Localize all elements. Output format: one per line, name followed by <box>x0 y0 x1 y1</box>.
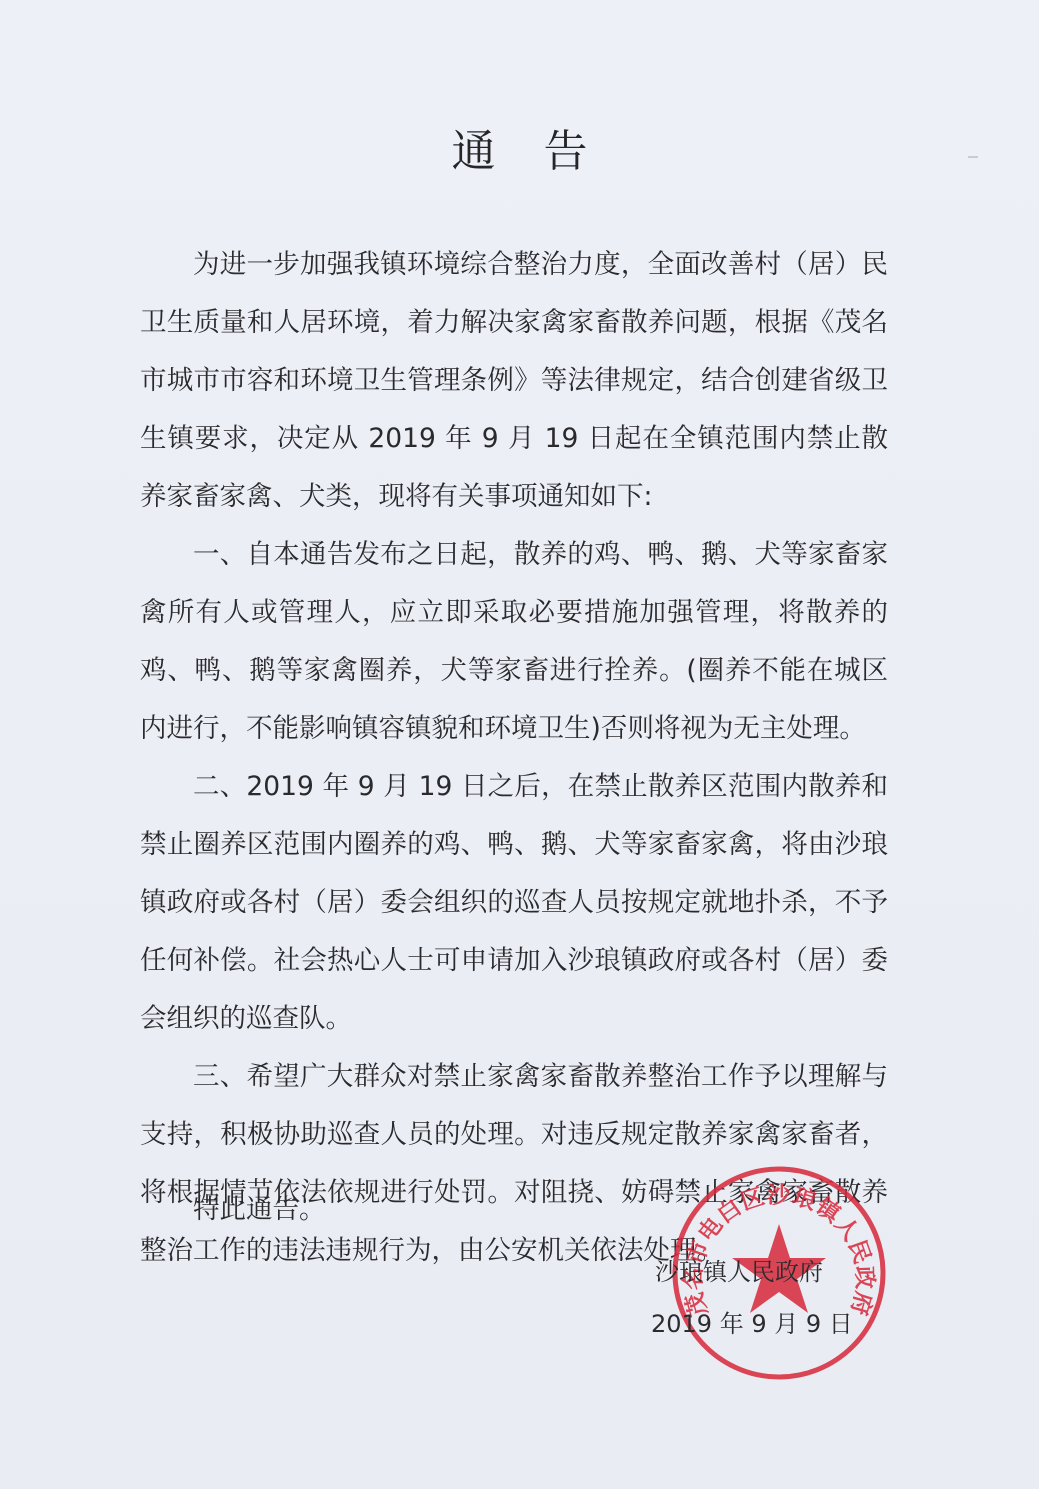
clause-two-paragraph: 二、2019 年 9 月 19 日之后，在禁止散养区范围内散养和禁止圈养区范围内… <box>140 758 888 1048</box>
document-body: 为进一步加强我镇环境综合整治力度，全面改善村（居）民卫生质量和人居环境，着力解决… <box>140 236 888 1280</box>
clause-one-paragraph: 一、自本通告发布之日起，散养的鸡、鸭、鹅、犬等家畜家禽所有人或管理人，应立即采取… <box>140 526 888 758</box>
intro-paragraph: 为进一步加强我镇环境综合整治力度，全面改善村（居）民卫生质量和人居环境，着力解决… <box>140 236 888 526</box>
signing-organization: 沙琅镇人民政府 <box>655 1252 823 1292</box>
document-page: 通告 为进一步加强我镇环境综合整治力度，全面改善村（居）民卫生质量和人居环境，着… <box>0 0 1039 1489</box>
closing-statement: 特此通告。 <box>193 1190 326 1230</box>
signing-date: 2019 年 9 月 9 日 <box>651 1304 853 1344</box>
document-title: 通告 <box>0 122 1039 182</box>
